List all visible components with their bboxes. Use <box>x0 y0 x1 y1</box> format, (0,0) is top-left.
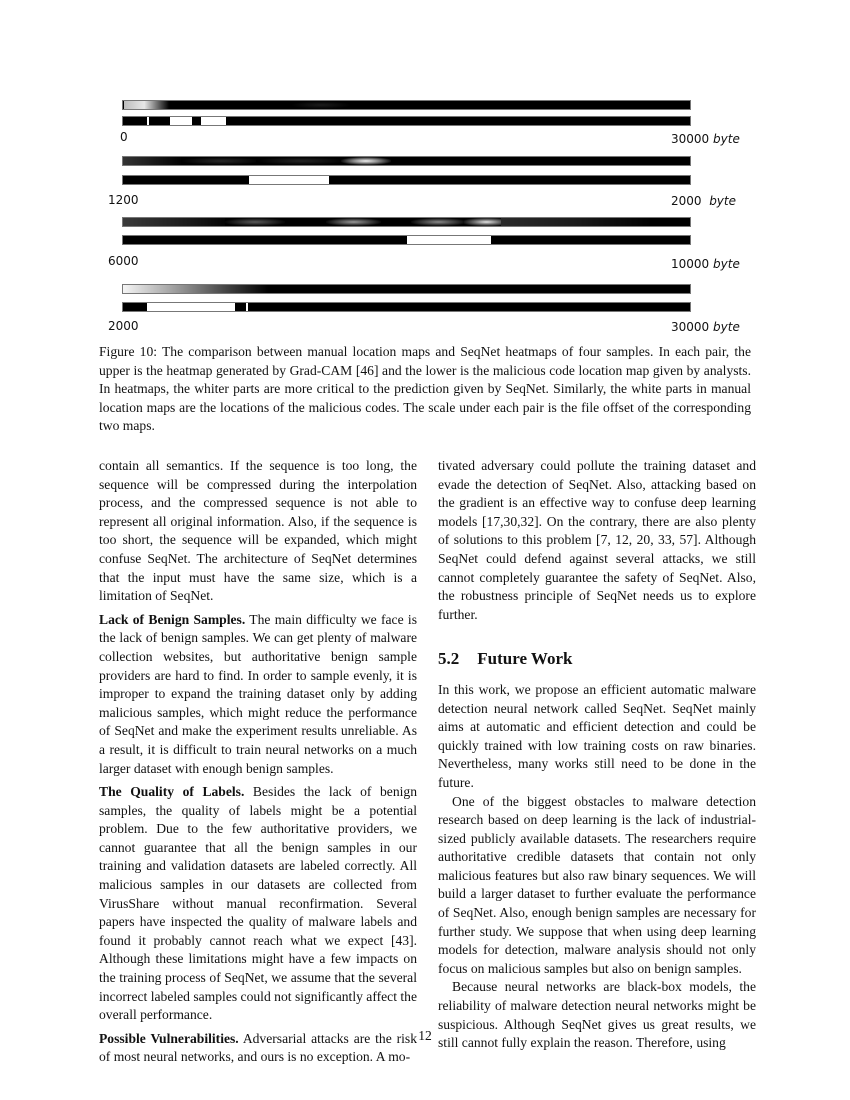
heat-region <box>326 218 381 226</box>
heat-region <box>341 157 391 165</box>
scale-start-2: 1200 <box>108 193 139 207</box>
page-number: 12 <box>0 1028 850 1044</box>
paragraph: contain all semantics. If the sequence i… <box>99 457 417 606</box>
scale-start-1: 0 <box>120 130 128 144</box>
scale-end-3: 10000 byte <box>671 257 740 271</box>
section-heading: 5.2Future Work <box>438 650 756 669</box>
left-column: contain all semantics. If the sequence i… <box>99 457 417 1072</box>
paragraph-lack-of-benign-samples: Lack of Benign Samples. The main difficu… <box>99 611 417 778</box>
malicious-code-region <box>249 176 329 184</box>
malicious-code-region <box>407 236 491 244</box>
heat-region <box>181 157 261 165</box>
figure-caption: Figure 10: The comparison between manual… <box>99 343 751 436</box>
heat-region <box>501 218 651 226</box>
heat-region <box>291 101 351 109</box>
scale-start-3: 6000 <box>108 254 139 268</box>
location-map-bar-2 <box>122 175 691 185</box>
heat-region <box>225 218 285 226</box>
location-map-bar-1 <box>122 116 691 126</box>
malicious-code-region <box>147 117 149 125</box>
heat-region <box>123 218 233 226</box>
heat-region <box>256 157 346 165</box>
paragraph: In this work, we propose an efficient au… <box>438 681 756 793</box>
heat-region <box>123 157 183 165</box>
paragraph: tivated adversary could pollute the trai… <box>438 457 756 624</box>
figure-10: 0 30000 byte 1200 2000 byte 6000 10000 b… <box>0 0 850 340</box>
location-map-bar-4 <box>122 302 691 312</box>
malicious-code-region <box>201 117 226 125</box>
malicious-code-region <box>246 303 248 311</box>
scale-end-1: 30000 byte <box>671 132 740 146</box>
heatmap-bar-4 <box>122 284 691 294</box>
right-column: tivated adversary could pollute the trai… <box>438 457 756 1053</box>
scale-end-2: 2000 byte <box>671 194 736 208</box>
heat-region <box>123 285 268 293</box>
paragraph: One of the biggest obstacles to malware … <box>438 793 756 979</box>
scale-start-4: 2000 <box>108 319 139 333</box>
scale-end-4: 30000 byte <box>671 320 740 334</box>
location-map-bar-3 <box>122 235 691 245</box>
heat-region <box>411 218 466 226</box>
malicious-code-region <box>170 117 192 125</box>
paragraph-quality-of-labels: The Quality of Labels. Besides the lack … <box>99 783 417 1025</box>
heatmap-bar-1 <box>122 100 691 110</box>
heatmap-bar-2 <box>122 156 691 166</box>
malicious-code-region <box>147 303 235 311</box>
heatmap-bar-3 <box>122 217 691 227</box>
heat-region <box>124 101 169 109</box>
